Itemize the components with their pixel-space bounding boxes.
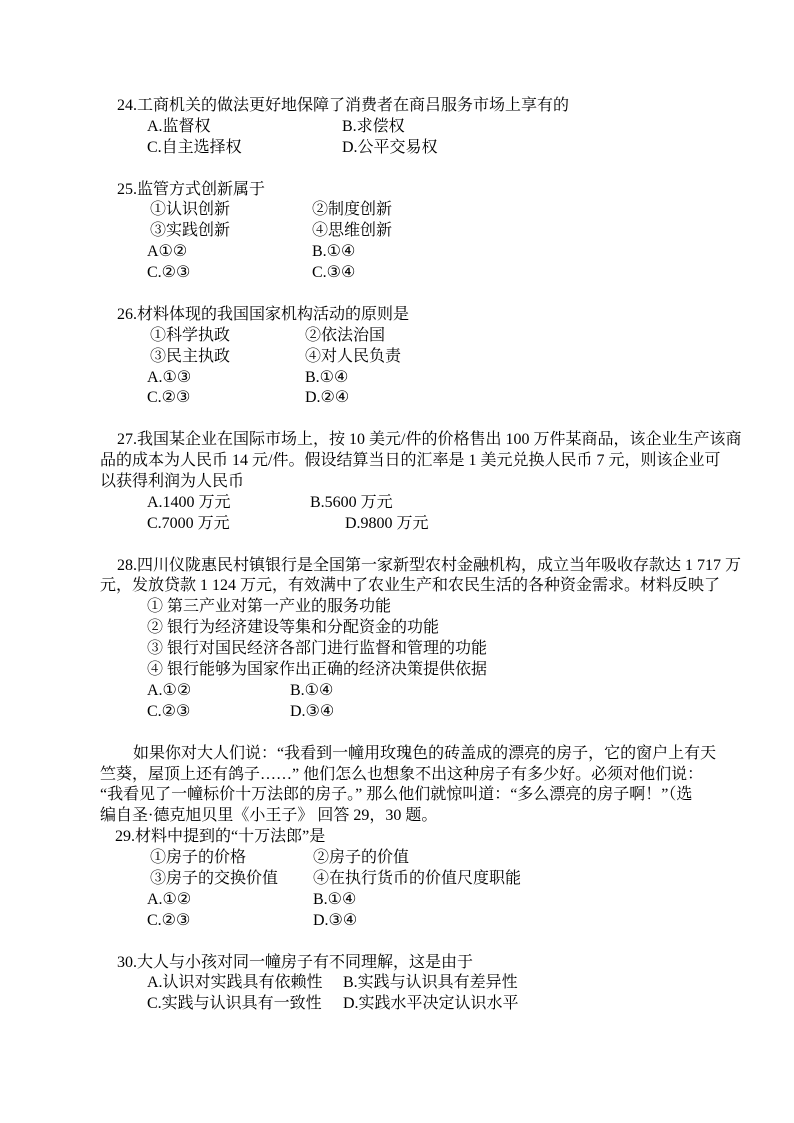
option-cell: ①认识创新 [150, 200, 230, 221]
option-cell: ③民主执政 [150, 347, 230, 368]
option-cell: B.①④ [290, 681, 333, 702]
text-span: 27.我国某企业在国际市场上，按 10 美元/件的价格售出 100 万件某商品，… [117, 430, 741, 451]
text-span: 24.工商机关的做法更好地保障了消费者在商吕服务市场上享有的 [117, 96, 569, 117]
option-cell: B.实践与认识具有差异性 [343, 973, 518, 994]
question-text-line: ④ 银行能够为国家作出正确的经济决策提供依据 [0, 660, 794, 681]
option-cell: D.公平交易权 [342, 138, 438, 159]
option-cell: C.③④ [312, 263, 355, 284]
text-span: ② 银行为经济建设等集和分配资金的功能 [147, 618, 439, 639]
text-span: ③ 银行对国民经济各部门进行监督和管理的功能 [147, 639, 487, 660]
blank-line [0, 159, 794, 180]
text-span: 竺葵，屋顶上还有鸽子……” 他们怎么也想象不出这种房子有多少好。必须对他们说： [100, 765, 703, 786]
blank-line [0, 723, 794, 744]
option-cell: ①科学执政 [150, 326, 230, 347]
option-cell: ①房子的价格 [150, 848, 246, 869]
text-span: 如果你对大人们说：“我看到一幢用玫瑰色的砖盖成的漂亮的房子，它的窗户上有天 [133, 744, 716, 765]
option-cell: A.认识对实践具有依赖性 [147, 973, 323, 994]
text-span: 以获得利润为人民币 [100, 472, 244, 493]
question-text-line: 品的成本为人民币 14 元/件。假设结算当日的汇率是 1 美元兑换人民币 7 元… [0, 451, 794, 472]
question-27: 27.我国某企业在国际市场上，按 10 美元/件的价格售出 100 万件某商品，… [0, 430, 794, 534]
option-row: A.①③B.①④ [0, 368, 794, 389]
option-cell: ④思维创新 [312, 221, 392, 242]
option-row: A.认识对实践具有依赖性B.实践与认识具有差异性 [0, 973, 794, 994]
exam-page: 24.工商机关的做法更好地保障了消费者在商吕服务市场上享有的A.监督权B.求偿权… [0, 0, 794, 1123]
text-span: ① 第三产业对第一产业的服务功能 [147, 597, 391, 618]
question-stem: 27.我国某企业在国际市场上，按 10 美元/件的价格售出 100 万件某商品，… [0, 430, 794, 451]
question-text-line: 以获得利润为人民币 [0, 472, 794, 493]
question-text-line: ① 第三产业对第一产业的服务功能 [0, 597, 794, 618]
option-cell: B.①④ [312, 242, 355, 263]
text-span: 元，发放贷款 1 124 万元，有效满中了农业生产和农民生活的各种资金需求。材料… [100, 576, 720, 597]
option-row: C.7000 万元D.9800 万元 [0, 514, 794, 535]
option-cell: ②制度创新 [312, 200, 392, 221]
option-row: ①认识创新②制度创新 [0, 200, 794, 221]
text-span: 28.四川仪陇惠民村镇银行是全国第一家新型农村金融机构，成立当年吸收存款达 1 … [117, 556, 741, 577]
option-cell: A.①③ [147, 368, 191, 389]
option-cell: D.③④ [290, 702, 334, 723]
option-row: ③实践创新④思维创新 [0, 221, 794, 242]
option-row: A.1400 万元B.5600 万元 [0, 493, 794, 514]
option-cell: ③房子的交换价值 [150, 869, 278, 890]
option-cell: A.监督权 [147, 117, 211, 138]
question-stem: 28.四川仪陇惠民村镇银行是全国第一家新型农村金融机构，成立当年吸收存款达 1 … [0, 556, 794, 577]
option-cell: A①② [147, 242, 187, 263]
text-span: 26.材料体现的我国国家机构活动的原则是 [117, 305, 409, 326]
option-cell: D.9800 万元 [345, 514, 429, 535]
passage-line: 编自圣·德克旭贝里《小王子》 回答 29，30 题。 [0, 806, 794, 827]
option-row: ①房子的价格②房子的价值 [0, 848, 794, 869]
option-row: C.②③D.③④ [0, 911, 794, 932]
option-row: ③民主执政④对人民负责 [0, 347, 794, 368]
option-row: ③房子的交换价值④在执行货币的价值尺度职能 [0, 869, 794, 890]
question-stem: 24.工商机关的做法更好地保障了消费者在商吕服务市场上享有的 [0, 96, 794, 117]
option-cell: B.①④ [305, 368, 348, 389]
text-span: 编自圣·德克旭贝里《小王子》 回答 29，30 题。 [100, 806, 437, 827]
option-row: C.②③D.②④ [0, 388, 794, 409]
option-cell: B.求偿权 [342, 117, 405, 138]
question-stem: 25.监管方式创新属于 [0, 180, 794, 201]
option-cell: C.自主选择权 [147, 138, 242, 159]
option-row: C.②③C.③④ [0, 263, 794, 284]
option-cell: C.②③ [147, 702, 190, 723]
question-29: 29.材料中提到的“十万法郎”是①房子的价格②房子的价值③房子的交换价值④在执行… [0, 827, 794, 931]
option-cell: C.②③ [147, 388, 190, 409]
option-cell: B.5600 万元 [310, 493, 393, 514]
option-cell: A.①② [147, 681, 191, 702]
option-cell: ③实践创新 [150, 221, 230, 242]
option-cell: D.③④ [313, 911, 357, 932]
blank-line [0, 409, 794, 430]
option-cell: A.1400 万元 [147, 493, 231, 514]
question-24: 24.工商机关的做法更好地保障了消费者在商吕服务市场上享有的A.监督权B.求偿权… [0, 96, 794, 159]
text-span: 30.大人与小孩对同一幢房子有不同理解，这是由于 [117, 953, 473, 974]
option-row: A①②B.①④ [0, 242, 794, 263]
question-28: 28.四川仪陇惠民村镇银行是全国第一家新型农村金融机构，成立当年吸收存款达 1 … [0, 556, 794, 723]
question-text-line: ③ 银行对国民经济各部门进行监督和管理的功能 [0, 639, 794, 660]
option-cell: C.7000 万元 [147, 514, 230, 535]
question-stem: 26.材料体现的我国国家机构活动的原则是 [0, 305, 794, 326]
question-25: 25.监管方式创新属于①认识创新②制度创新③实践创新④思维创新A①②B.①④C.… [0, 180, 794, 284]
option-cell: ④对人民负责 [305, 347, 401, 368]
question-26: 26.材料体现的我国国家机构活动的原则是①科学执政②依法治国③民主执政④对人民负… [0, 305, 794, 409]
option-cell: D.实践水平决定认识水平 [343, 994, 519, 1015]
question-stem: 30.大人与小孩对同一幢房子有不同理解，这是由于 [0, 953, 794, 974]
option-cell: ②依法治国 [305, 326, 385, 347]
option-cell: ②房子的价值 [313, 848, 409, 869]
text-span: “我看见了一幢标价十万法郎的房子。” 那么他们就惊叫道：“多么漂亮的房子啊！”（… [100, 785, 692, 806]
option-row: ①科学执政②依法治国 [0, 326, 794, 347]
question-text-line: ② 银行为经济建设等集和分配资金的功能 [0, 618, 794, 639]
option-cell: C.实践与认识具有一致性 [147, 994, 322, 1015]
option-cell: ④在执行货币的价值尺度职能 [313, 869, 521, 890]
option-cell: C.②③ [147, 263, 190, 284]
question-text-line: 元，发放贷款 1 124 万元，有效满中了农业生产和农民生活的各种资金需求。材料… [0, 576, 794, 597]
option-cell: A.①② [147, 890, 191, 911]
option-row: C.实践与认识具有一致性D.实践水平决定认识水平 [0, 994, 794, 1015]
passage-line: “我看见了一幢标价十万法郎的房子。” 那么他们就惊叫道：“多么漂亮的房子啊！”（… [0, 785, 794, 806]
blank-line [0, 535, 794, 556]
option-row: A.监督权B.求偿权 [0, 117, 794, 138]
option-cell: C.②③ [147, 911, 190, 932]
passage-line: 竺葵，屋顶上还有鸽子……” 他们怎么也想象不出这种房子有多少好。必须对他们说： [0, 765, 794, 786]
question-stem: 29.材料中提到的“十万法郎”是 [0, 827, 794, 848]
option-cell: D.②④ [305, 388, 349, 409]
question-30: 30.大人与小孩对同一幢房子有不同理解，这是由于A.认识对实践具有依赖性B.实践… [0, 953, 794, 1016]
text-span: 25.监管方式创新属于 [117, 180, 265, 201]
passage-line: 如果你对大人们说：“我看到一幢用玫瑰色的砖盖成的漂亮的房子，它的窗户上有天 [0, 744, 794, 765]
blank-line [0, 284, 794, 305]
option-cell: B.①④ [313, 890, 356, 911]
option-row: A.①②B.①④ [0, 890, 794, 911]
text-span: 29.材料中提到的“十万法郎”是 [115, 827, 325, 848]
reading-passage: 如果你对大人们说：“我看到一幢用玫瑰色的砖盖成的漂亮的房子，它的窗户上有天竺葵，… [0, 744, 794, 828]
option-row: A.①②B.①④ [0, 681, 794, 702]
option-row: C.②③D.③④ [0, 702, 794, 723]
option-row: C.自主选择权D.公平交易权 [0, 138, 794, 159]
text-span: 品的成本为人民币 14 元/件。假设结算当日的汇率是 1 美元兑换人民币 7 元… [100, 451, 720, 472]
text-span: ④ 银行能够为国家作出正确的经济决策提供依据 [147, 660, 487, 681]
blank-line [0, 932, 794, 953]
